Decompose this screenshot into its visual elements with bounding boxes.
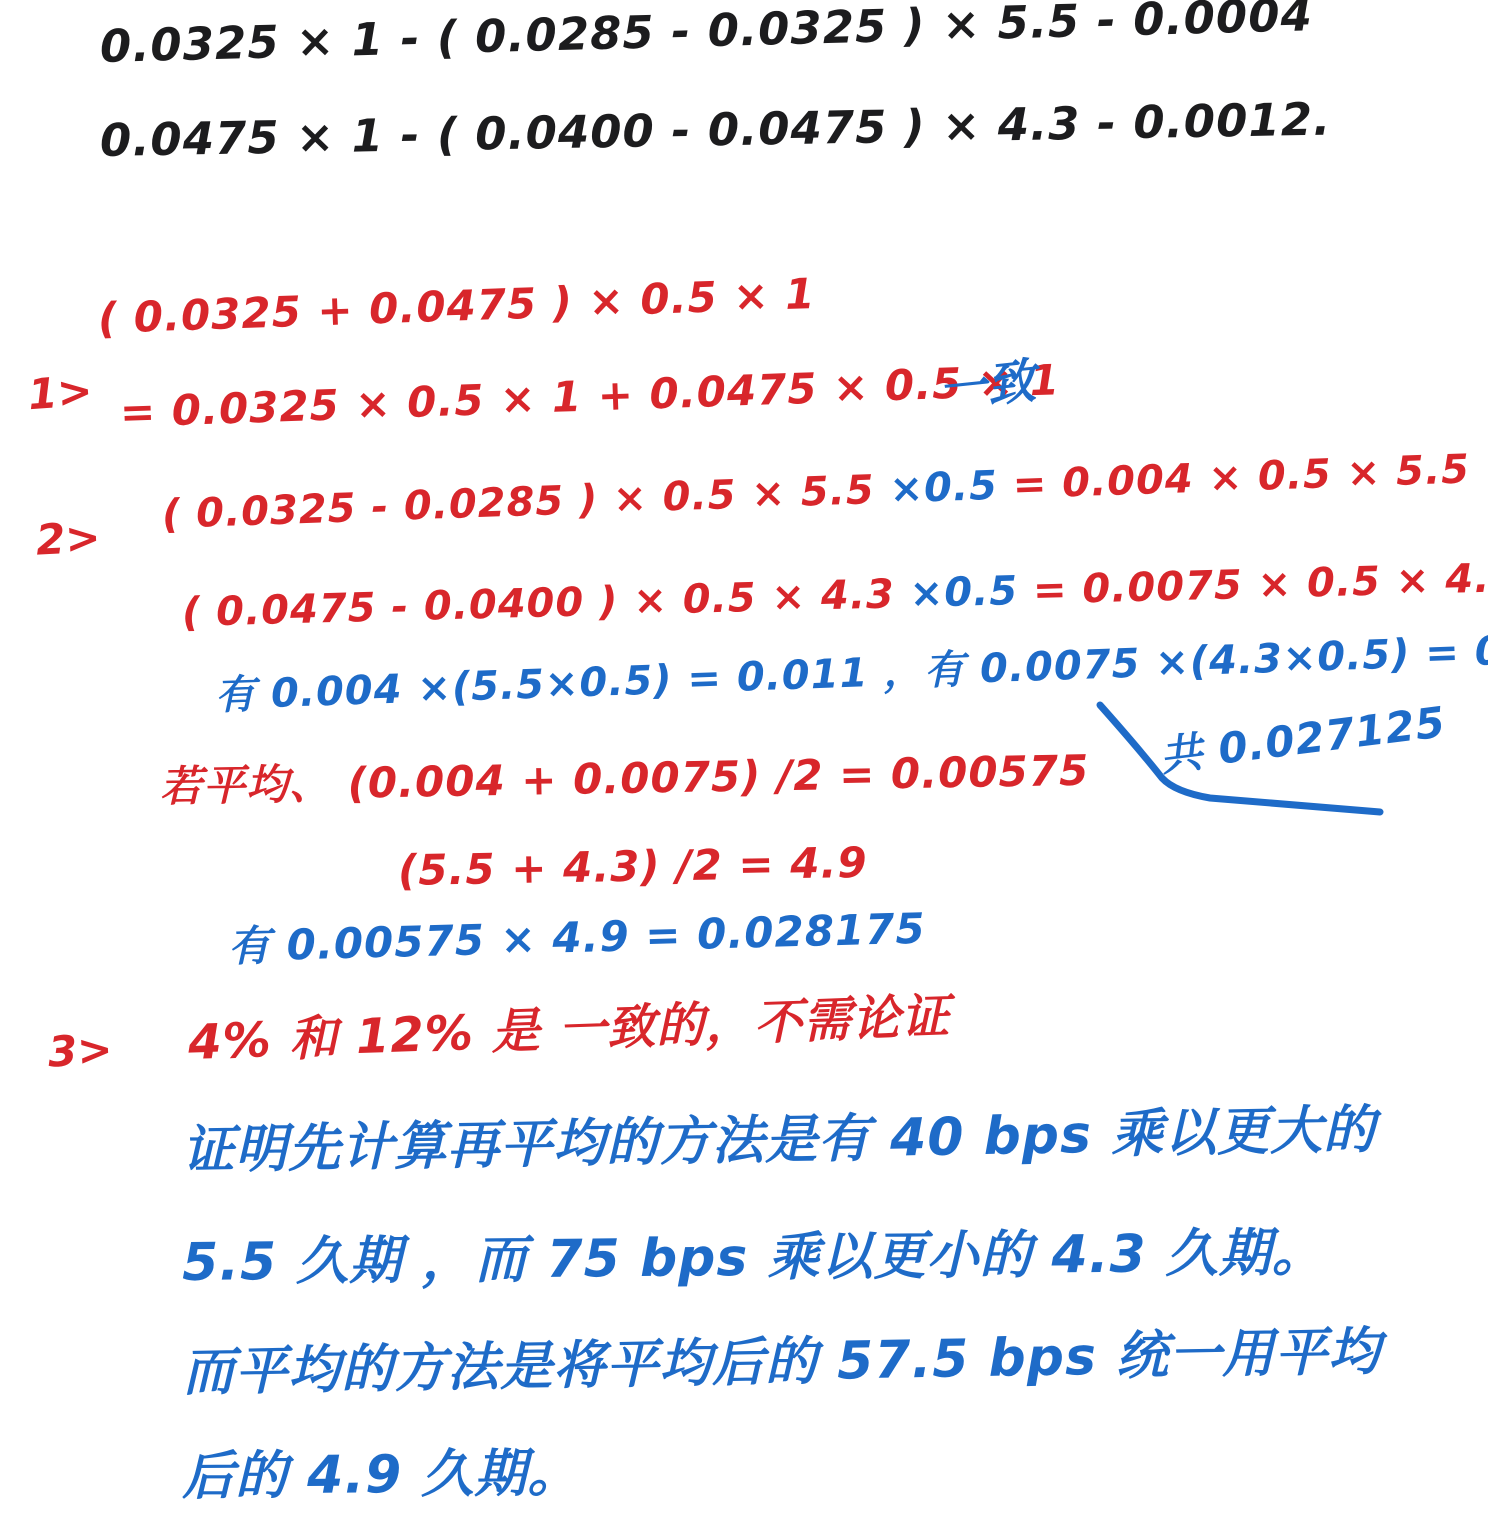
red-sum-formula: ( 0.0325 + 0.0475 ) × 0.5 × 1	[97, 269, 816, 343]
red-average-duration-line: (5.5 + 4.3) /2 = 4.9	[398, 838, 868, 895]
black-equation-1: 0.0325 × 1 - ( 0.0285 - 0.0325 ) × 5.5 -…	[99, 0, 1313, 73]
red-average-rate-line: 若平均、 (0.004 + 0.0075) /2 = 0.00575	[159, 738, 1089, 814]
duration-formula-2-red-b: = 0.0075 × 0.5 × 4.3	[1032, 555, 1488, 614]
blue-paragraph-line-2: 5.5 久期 ，而 75 bps 乘以更小的 4.3 久期。	[182, 1210, 1325, 1295]
blue-paragraph-line-3: 而平均的方法是将平均后的 57.5 bps 统一用平均	[181, 1309, 1381, 1405]
blue-average-product-line: 有 0.00575 × 4.9 = 0.028175	[227, 896, 926, 974]
item-marker-3: 3>	[47, 1024, 114, 1076]
blue-consistent-note: 一致	[934, 342, 1039, 421]
handwritten-notes-page: 0.0325 × 1 - ( 0.0285 - 0.0325 ) × 5.5 -…	[0, 0, 1488, 1514]
red-expand-formula: = 0.0325 × 0.5 × 1 + 0.0475 × 0.5 × 1	[119, 355, 1061, 437]
blue-paragraph-line-1: 证明先计算再平均的方法是有 40 bps 乘以更大的	[181, 1087, 1376, 1183]
blue-paragraph-line-4: 后的 4.9 久期。	[182, 1431, 581, 1509]
duration-formula-2-red-a: ( 0.0475 - 0.0400 ) × 0.5 × 4.3	[181, 571, 895, 636]
duration-formula-1: ( 0.0325 - 0.0285 ) × 0.5 × 5.5 ×0.5 = 0…	[161, 442, 1488, 538]
duration-formula-1-blue-b: ×0.5	[1484, 442, 1488, 492]
duration-formula-1-red-a: ( 0.0325 - 0.0285 ) × 0.5 × 5.5	[161, 467, 875, 538]
item-marker-2: 2>	[35, 512, 102, 564]
duration-formula-2: ( 0.0475 - 0.0400 ) × 0.5 × 4.3 ×0.5 = 0…	[181, 552, 1488, 636]
item-marker-1: 1>	[26, 366, 94, 419]
duration-formula-2-blue-a: ×0.5	[909, 568, 1019, 617]
duration-formula-1-red-b: = 0.004 × 0.5 × 5.5	[1012, 446, 1486, 508]
black-equation-2: 0.0475 × 1 - ( 0.0400 - 0.0475 ) × 4.3 -…	[100, 93, 1332, 167]
red-conclusion-line: 4% 和 12% 是 一致的，不需论证	[187, 977, 951, 1073]
duration-formula-1-blue-a: ×0.5	[889, 463, 999, 513]
